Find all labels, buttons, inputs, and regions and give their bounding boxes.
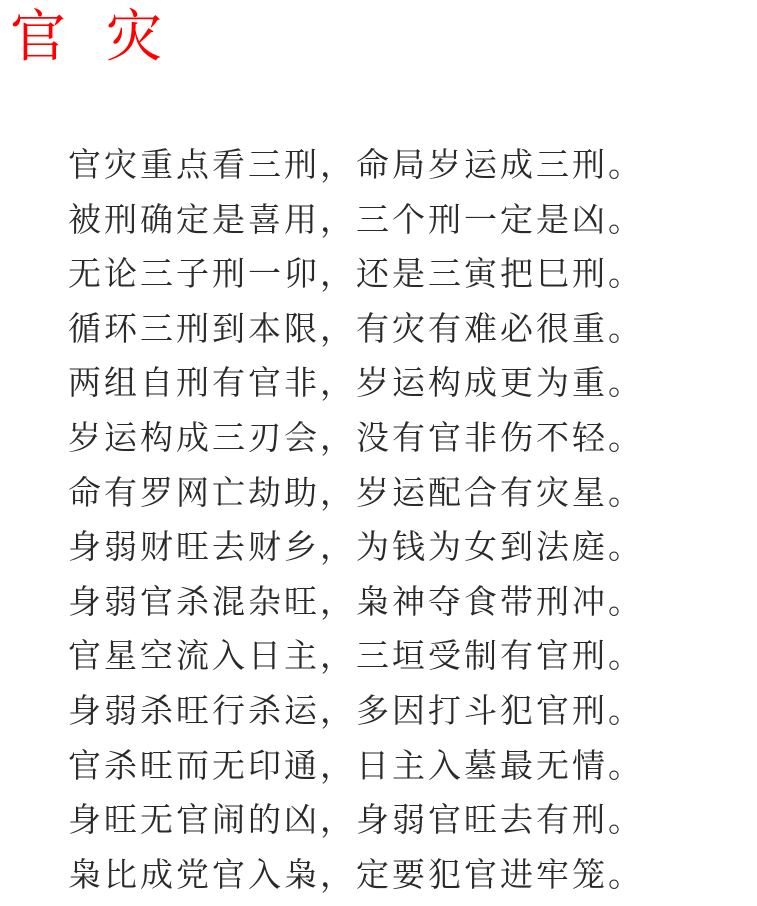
poem-line: 官星空流入日主，三垣受制有官刑。	[68, 629, 644, 684]
poem-line: 被刑确定是喜用，三个刑一定是凶。	[68, 193, 644, 248]
poem-line: 身弱杀旺行杀运，多因打斗犯官刑。	[68, 684, 644, 739]
poem-line: 身弱官杀混杂旺，枭神夺食带刑冲。	[68, 575, 644, 630]
poem-line: 两组自刑有官非，岁运构成更为重。	[68, 356, 644, 411]
poem-line: 身旺无官闹的凶，身弱官旺去有刑。	[68, 793, 644, 848]
poem-line: 岁运构成三刃会，没有官非伤不轻。	[68, 411, 644, 466]
poem-line: 官灾重点看三刑，命局岁运成三刑。	[68, 138, 644, 193]
poem-body: 官灾重点看三刑，命局岁运成三刑。 被刑确定是喜用，三个刑一定是凶。 无论三子刑一…	[68, 138, 644, 902]
poem-line: 无论三子刑一卯，还是三寅把巳刑。	[68, 247, 644, 302]
poem-line: 官杀旺而无印通，日主入墓最无情。	[68, 739, 644, 794]
poem-line: 循环三刑到本限，有灾有难必很重。	[68, 302, 644, 357]
poem-line: 枭比成党官入枭，定要犯官进牢笼。	[68, 848, 644, 903]
poem-line: 命有罗网亡劫助，岁运配合有灾星。	[68, 466, 644, 521]
poem-line: 身弱财旺去财乡，为钱为女到法庭。	[68, 520, 644, 575]
page-title: 官灾	[10, 6, 202, 70]
